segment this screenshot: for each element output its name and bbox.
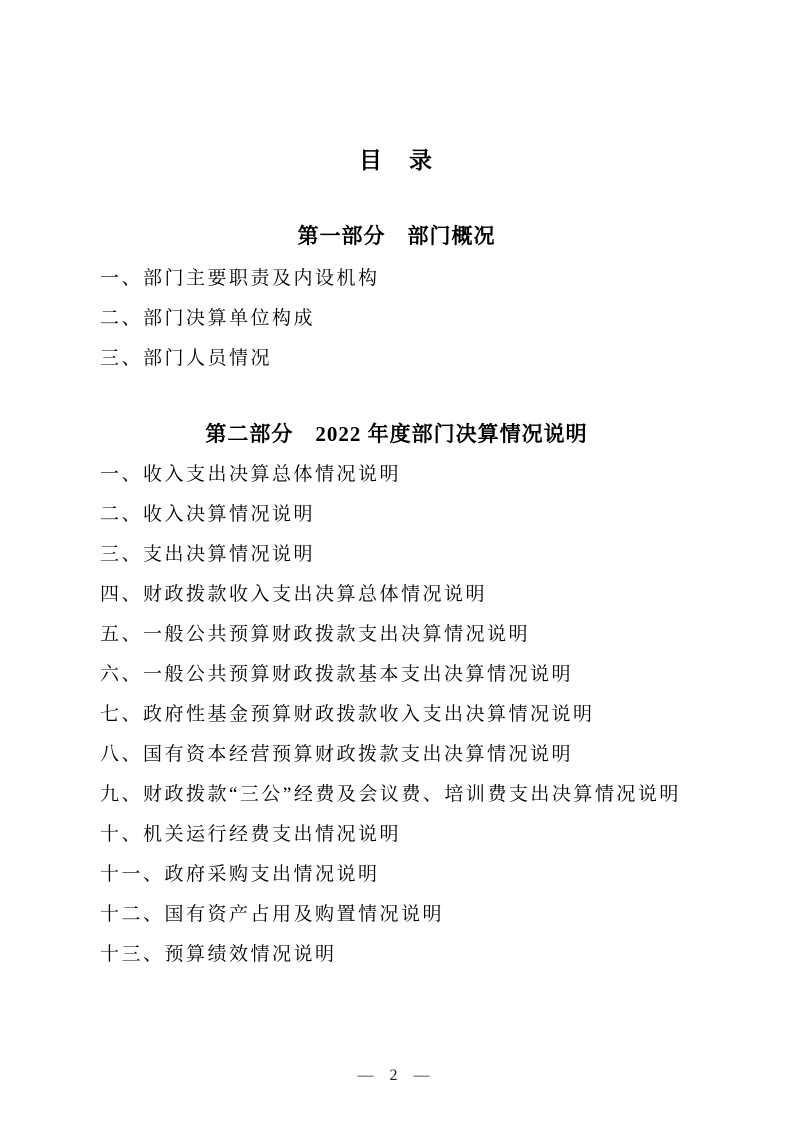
toc-entry: 十、机关运行经费支出情况说明 [100, 815, 713, 855]
toc-entry: 二、部门决算单位构成 [100, 299, 713, 339]
page-number: — 2 — [0, 1066, 793, 1086]
toc-entry: 二、收入决算情况说明 [100, 495, 713, 535]
toc-entry: 七、政府性基金预算财政拨款收入支出决算情况说明 [100, 695, 713, 735]
toc-list-part1: 一、部门主要职责及内设机构 二、部门决算单位构成 三、部门人员情况 [0, 259, 793, 379]
toc-entry: 一、收入支出决算总体情况说明 [100, 455, 713, 495]
document-page: 目 录 第一部分 部门概况 一、部门主要职责及内设机构 二、部门决算单位构成 三… [0, 0, 793, 1122]
toc-entry: 六、一般公共预算财政拨款基本支出决算情况说明 [100, 655, 713, 695]
toc-entry: 一、部门主要职责及内设机构 [100, 259, 713, 299]
section-heading-part2: 第二部分 2022 年度部门决算情况说明 [0, 419, 793, 449]
toc-entry: 八、国有资本经营预算财政拨款支出决算情况说明 [100, 735, 713, 775]
toc-entry: 五、一般公共预算财政拨款支出决算情况说明 [100, 615, 713, 655]
toc-entry: 三、支出决算情况说明 [100, 535, 713, 575]
toc-entry: 四、财政拨款收入支出决算总体情况说明 [100, 575, 713, 615]
section-heading-part1: 第一部分 部门概况 [0, 221, 793, 251]
toc-entry: 十一、政府采购支出情况说明 [100, 855, 713, 895]
toc-list-part2: 一、收入支出决算总体情况说明 二、收入决算情况说明 三、支出决算情况说明 四、财… [0, 455, 793, 975]
document-title: 目 录 [0, 145, 793, 175]
toc-entry: 十二、国有资产占用及购置情况说明 [100, 895, 713, 935]
toc-entry: 九、财政拨款“三公”经费及会议费、培训费支出决算情况说明 [100, 775, 713, 815]
toc-entry: 十三、预算绩效情况说明 [100, 935, 713, 975]
toc-entry: 三、部门人员情况 [100, 339, 713, 379]
